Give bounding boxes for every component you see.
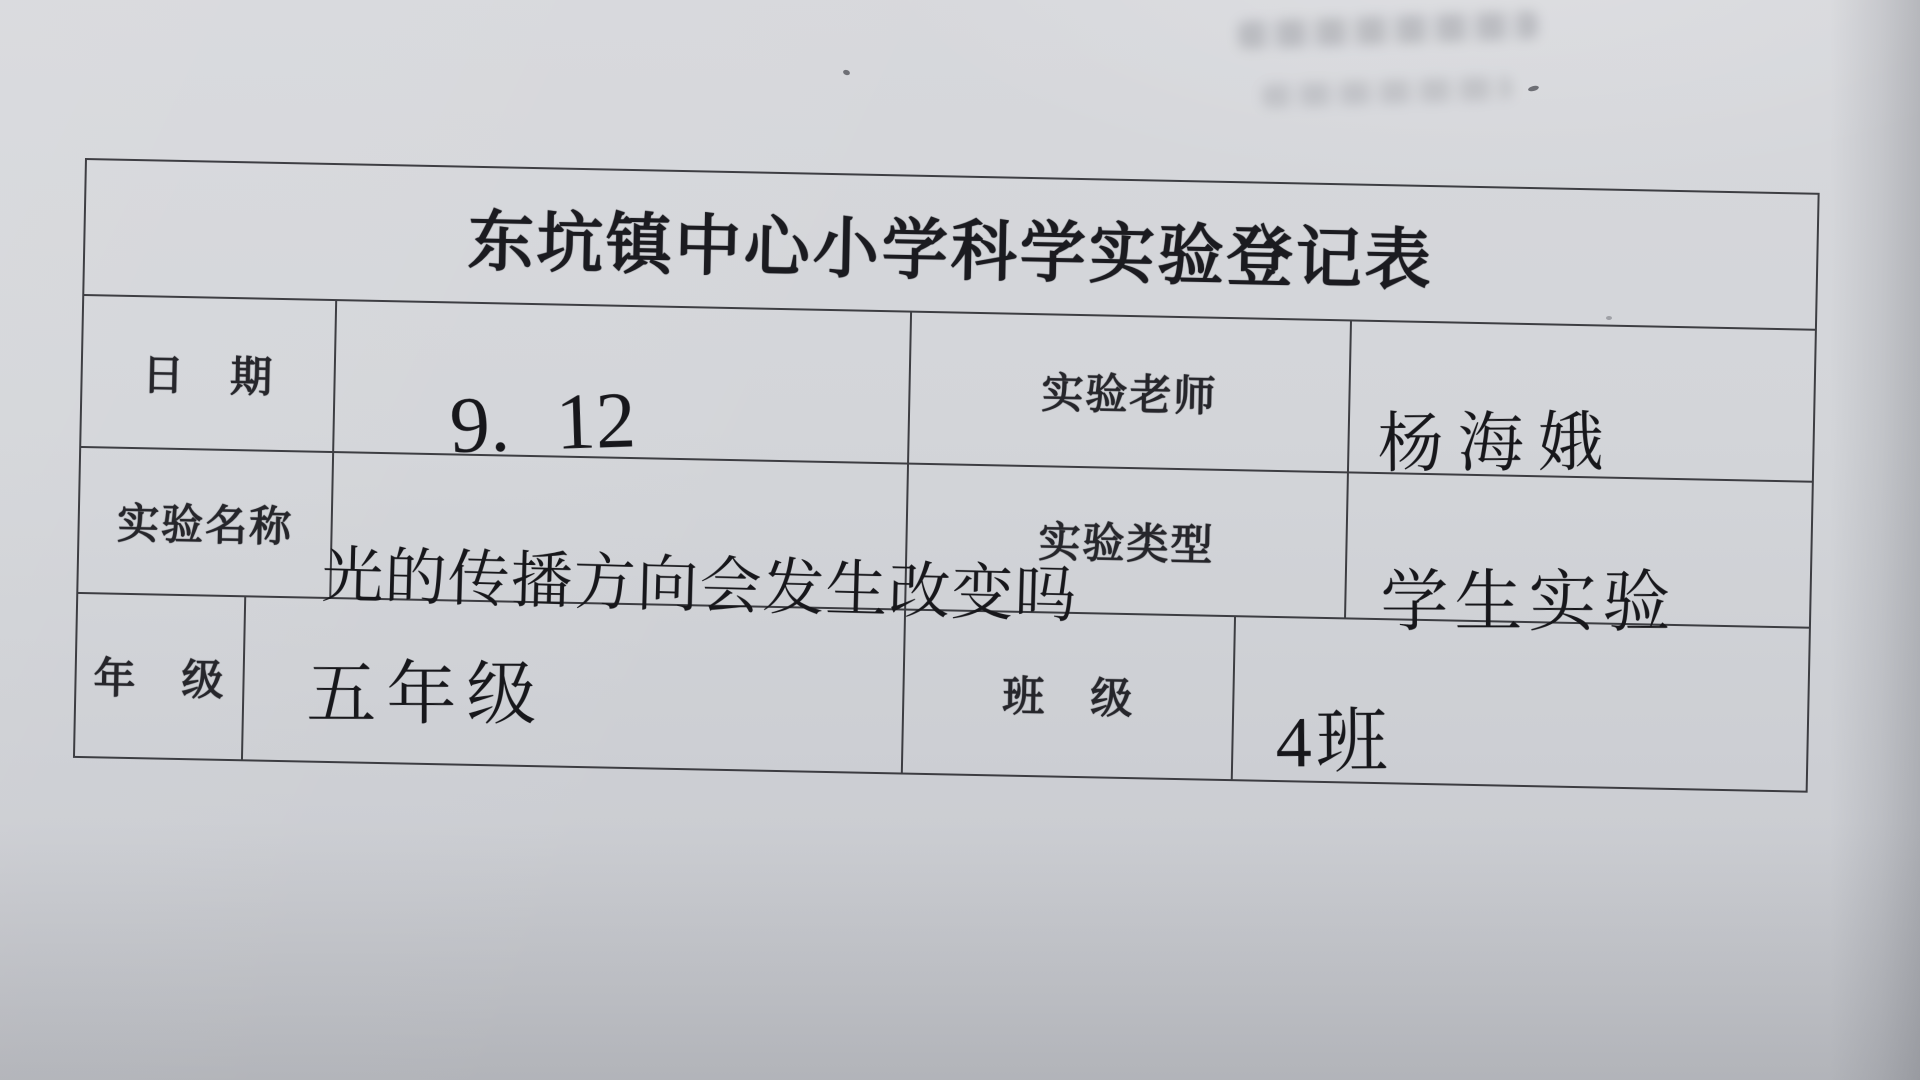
handwritten-experiment-type: 学生实验 (1380, 548, 1676, 646)
cell-experiment-name-value: 光的传播方向会发生改变吗 (331, 453, 909, 609)
label-experiment-name: 实验名称 (78, 448, 334, 597)
label-grade-text: 年 级 (93, 645, 226, 708)
handwritten-class: 4班 (1275, 683, 1392, 788)
paper-speck (842, 69, 850, 76)
handwritten-date: 9. 12 (448, 375, 637, 472)
bleed-through-mark (1262, 76, 1513, 109)
bottom-shadow (0, 820, 1920, 1080)
paper-speck (1528, 85, 1540, 93)
form-title: 东坑镇中心小学科学实验登记表 (467, 187, 1435, 301)
cell-date-value: 9. 12 (334, 301, 912, 463)
label-experiment-teacher: 实验老师 (909, 313, 1352, 472)
document-photo: 东坑镇中心小学科学实验登记表 日 期 9. 12 实验老师 杨海娥 实验名称 光… (0, 0, 1920, 1080)
registration-form-table: 东坑镇中心小学科学实验登记表 日 期 9. 12 实验老师 杨海娥 实验名称 光… (73, 158, 1820, 793)
handwritten-grade: 五年级 (306, 638, 546, 740)
label-experiment-teacher-text: 实验老师 (1041, 360, 1218, 424)
label-date: 日 期 (81, 296, 337, 451)
label-date-text: 日 期 (142, 342, 275, 405)
label-grade: 年 级 (75, 594, 246, 759)
cell-teacher-value: 杨海娥 (1349, 321, 1815, 480)
label-experiment-name-text: 实验名称 (117, 491, 294, 555)
handwritten-teacher-name: 杨海娥 (1377, 389, 1618, 485)
cell-experiment-type-value: 学生实验 (1346, 473, 1812, 626)
label-class-text: 班 级 (1002, 664, 1135, 727)
bleed-through-mark (1238, 11, 1539, 49)
label-class: 班 级 (903, 611, 1236, 780)
